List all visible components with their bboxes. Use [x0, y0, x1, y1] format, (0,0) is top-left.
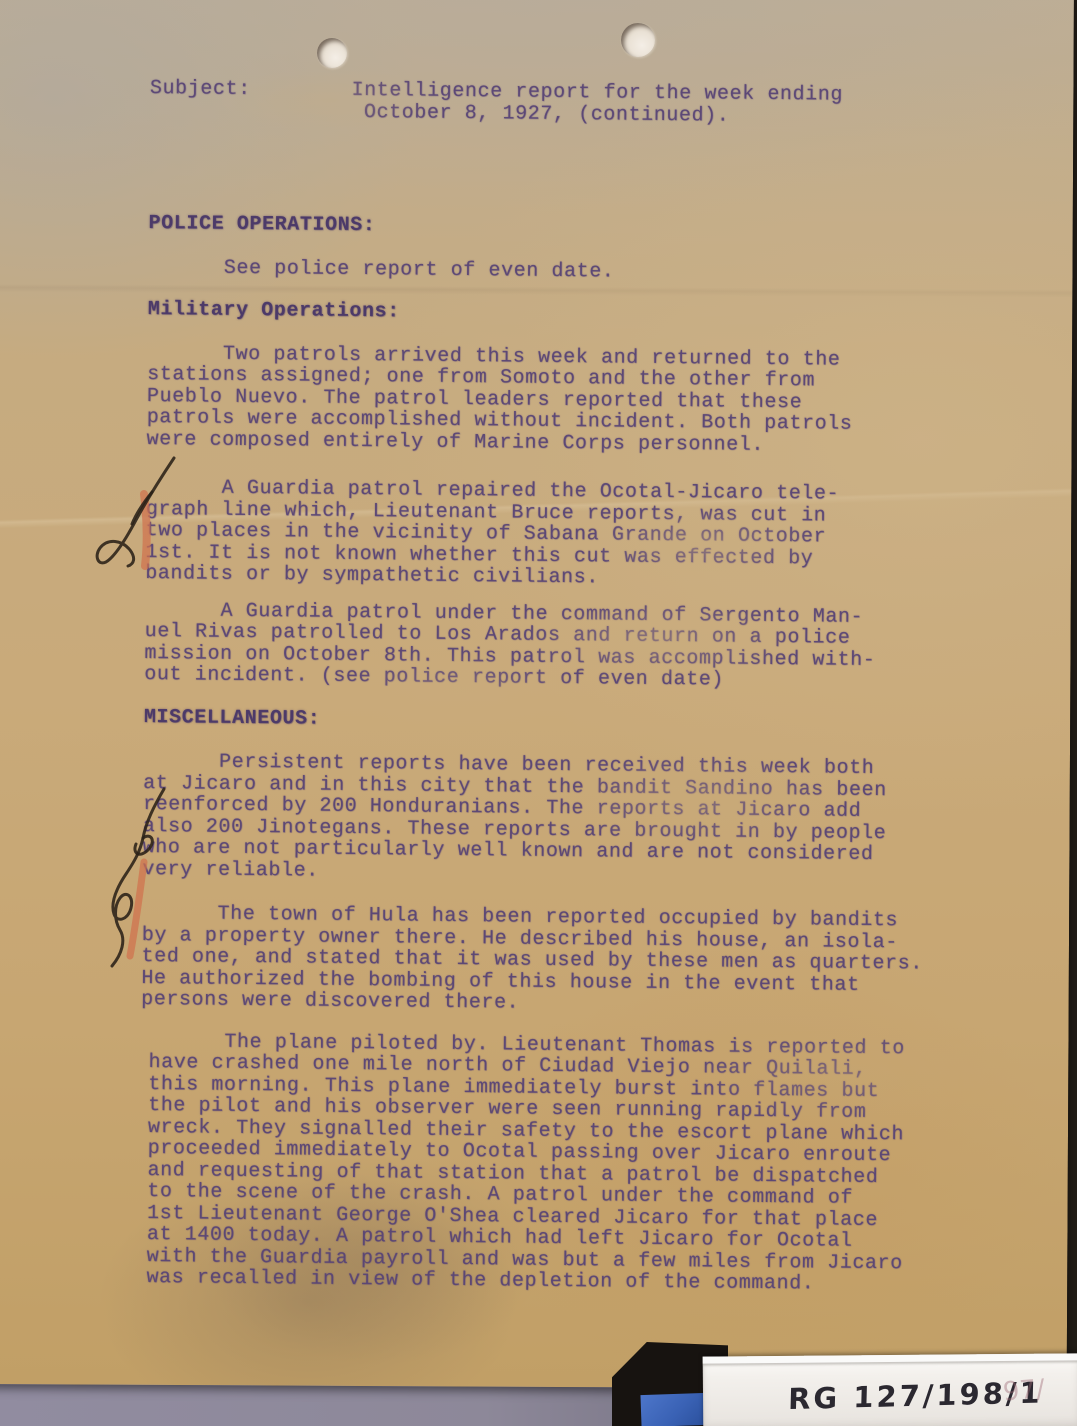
archive-label-faint-mark: 97/ — [1002, 1374, 1046, 1407]
section-heading-military-operations: Military Operations: — [148, 299, 1008, 329]
miscellaneous-paragraph-2: The town of Hula has been reported occup… — [141, 903, 1002, 1019]
subject-line: Subject: Intelligence report for the wee… — [150, 78, 1010, 129]
punch-hole-left — [317, 38, 347, 68]
military-paragraph-3: A Guardia patrol under the command of Se… — [144, 599, 1005, 693]
margin-initials-ink-1 — [92, 452, 182, 572]
blue-tab — [640, 1393, 707, 1426]
typewritten-text-layer: Subject: Intelligence report for the wee… — [138, 78, 1010, 1297]
police-operations-body: See police report of even date. — [148, 256, 1008, 286]
military-paragraph-1: Two patrols arrived this week and return… — [146, 342, 1007, 458]
military-paragraph-2: A Guardia patrol repaired the Ocotal-Jic… — [145, 477, 1006, 593]
section-heading-police-operations: POLICE OPERATIONS: — [148, 213, 1008, 243]
punch-hole-right — [621, 23, 655, 57]
archive-reference-label: RG 127/198/1 97/ — [703, 1353, 1077, 1426]
section-heading-miscellaneous: MISCELLANEOUS: — [144, 706, 1004, 736]
margin-initials-ink-2 — [98, 786, 178, 971]
miscellaneous-paragraph-1: Persistent reports have been received th… — [142, 751, 1003, 888]
miscellaneous-paragraph-3: The plane piloted by. Lieutenant Thomas … — [146, 1031, 1000, 1297]
